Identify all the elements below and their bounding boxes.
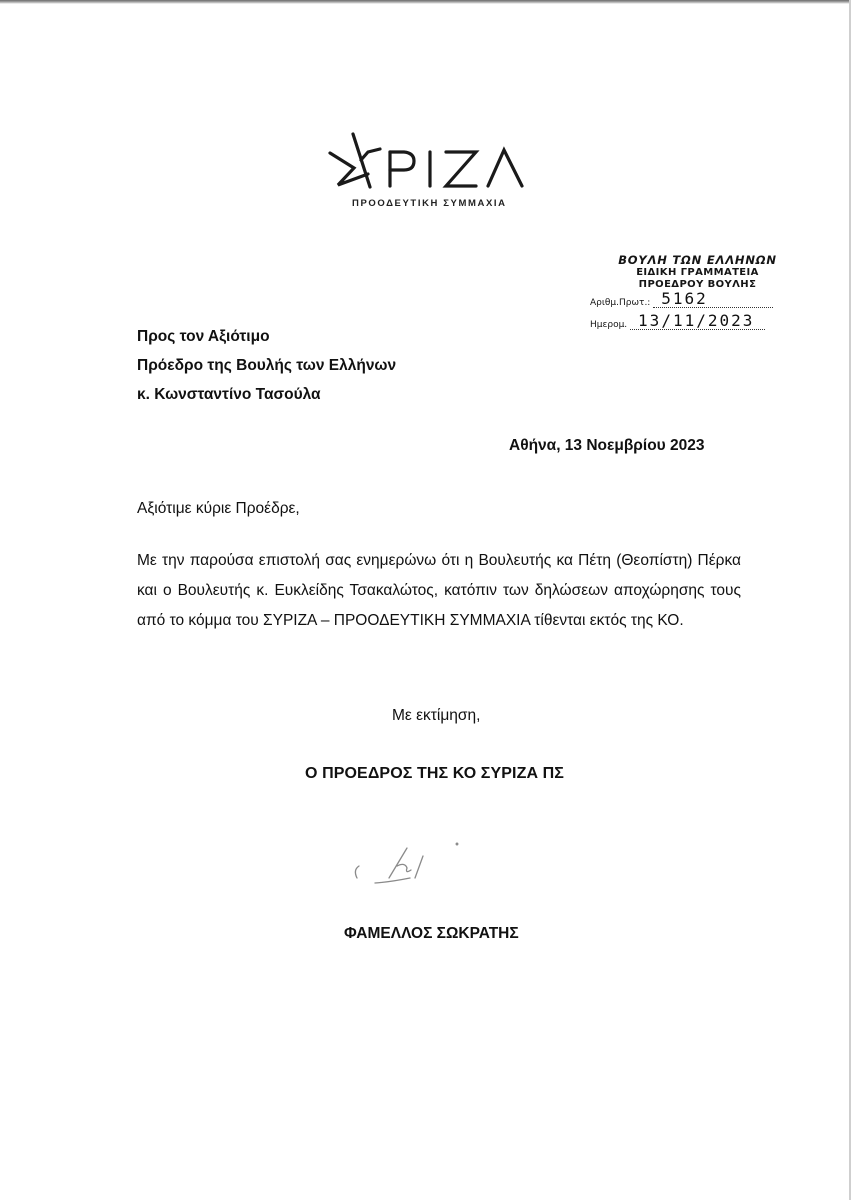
salutation: Αξιότιμε κύριε Προέδρε, [137,500,300,518]
recipient-line-1: Προς τον Αξιότιμο [137,322,396,351]
recipient-block: Προς τον Αξιότιμο Πρόεδρο της Βουλής των… [137,322,396,409]
signer-name: ΦΑΜΕΛΛΟΣ ΣΩΚΡΑΤΗΣ [344,925,519,943]
parliament-stamp: ΒΟΥΛΗ ΤΩΝ ΕΛΛΗΝΩΝ ΕΙΔΙΚΗ ΓΡΑΜΜΑΤΕΙΑ ΠΡΟΕ… [590,253,805,335]
protocol-label: Αριθμ.Πρωτ.: [590,298,650,308]
logo-subtitle: ΠΡΟΟΔΕΥΤΙΚΗ ΣΥΜΜΑΧΙΑ [352,198,507,209]
letter-body: Με την παρούσα επιστολή σας ενημερώνω ότ… [137,546,741,636]
signer-title: Ο ΠΡΟΕΔΡΟΣ ΤΗΣ ΚΟ ΣΥΡΙΖΑ ΠΣ [305,765,564,783]
date-field: 13/11/2023 [630,317,765,330]
stamp-date: 13/11/2023 [638,311,754,330]
signature [345,838,545,898]
scan-edge-top [0,0,851,4]
syriza-logo-icon [328,130,558,190]
signature-icon [345,838,545,898]
protocol-field: 5162 [653,295,773,308]
recipient-line-3: κ. Κωνσταντίνο Τασούλα [137,380,396,409]
syriza-logo [328,130,558,190]
stamp-date-row: Ημερομ. 13/11/2023 [590,317,805,335]
closing: Με εκτίμηση, [392,707,480,725]
protocol-number: 5162 [661,289,708,308]
recipient-line-2: Πρόεδρο της Βουλής των Ελλήνων [137,351,396,380]
date-label: Ημερομ. [590,320,627,330]
letter-date: Αθήνα, 13 Νοεμβρίου 2023 [509,437,704,455]
stamp-line-1: ΒΟΥΛΗ ΤΩΝ ΕΛΛΗΝΩΝ [590,253,805,267]
stamp-line-2: ΕΙΔΙΚΗ ΓΡΑΜΜΑΤΕΙΑ [590,267,805,279]
